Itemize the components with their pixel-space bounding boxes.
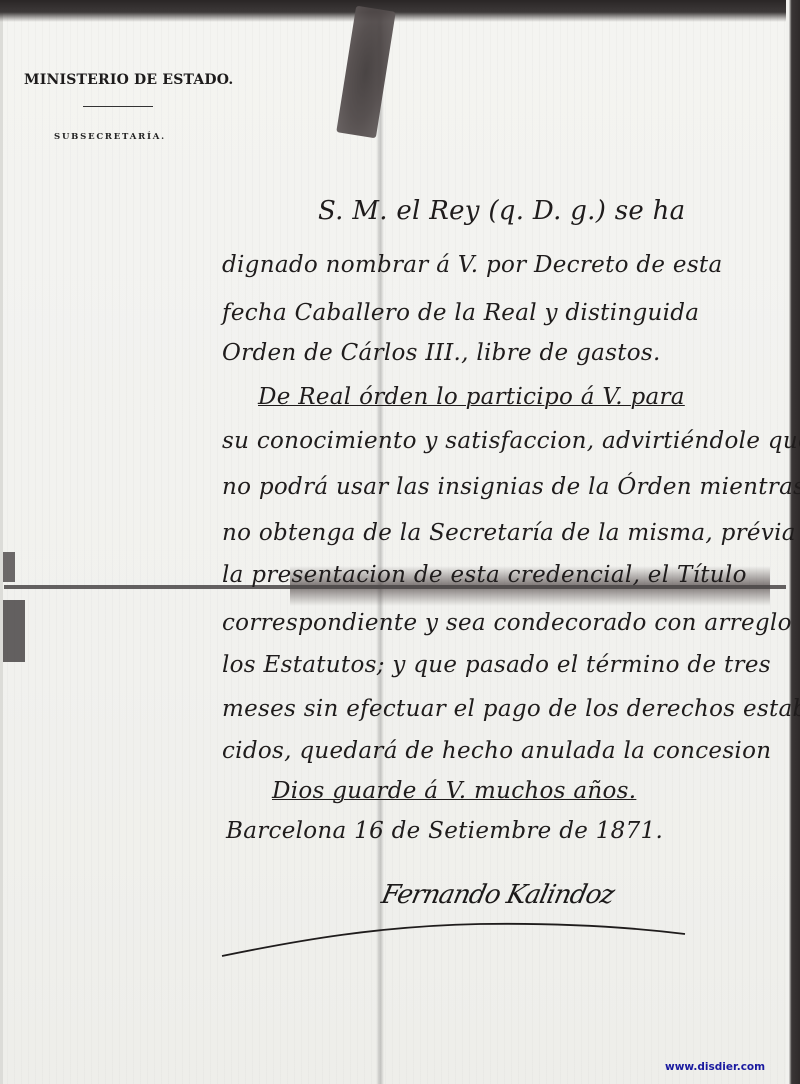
body-line-10: correspondiente y sea condecorado con ar… bbox=[222, 610, 800, 636]
closing-line: Dios guarde á V. muchos años. bbox=[272, 778, 636, 804]
body-line-3: fecha Caballero de la Real y distinguida bbox=[222, 300, 699, 326]
body-line-13: cidos, quedará de hecho anulada la conce… bbox=[222, 738, 771, 764]
letterhead-department: SUBSECRETARÍA. bbox=[54, 132, 166, 142]
page-left-edge bbox=[0, 0, 3, 1084]
letterhead-ministry: MINISTERIO DE ESTADO. bbox=[24, 72, 233, 88]
body-line-11: los Estatutos; y que pasado el término d… bbox=[222, 652, 771, 678]
date-line: Barcelona 16 de Setiembre de 1871. bbox=[226, 818, 663, 844]
signature-flourish bbox=[220, 918, 690, 968]
left-edge-stain-small bbox=[3, 552, 15, 582]
body-line-1: S. M. el Rey (q. D. g.) se ha bbox=[318, 196, 685, 226]
left-edge-stain bbox=[3, 600, 25, 662]
watermark-url: www.disdier.com bbox=[665, 1061, 765, 1073]
letterhead-divider bbox=[83, 106, 153, 107]
body-line-7: no podrá usar las insignias de la Órden … bbox=[222, 474, 800, 500]
body-line-5: De Real órden lo participo á V. para bbox=[258, 384, 685, 410]
body-line-6: su conocimiento y satisfaccion, advirtié… bbox=[222, 428, 800, 454]
body-line-2: dignado nombrar á V. por Decreto de esta bbox=[222, 252, 722, 278]
body-line-4: Orden de Cárlos III., libre de gastos. bbox=[222, 340, 661, 366]
body-line-8: no obtenga de la Secretaría de la misma,… bbox=[222, 520, 796, 546]
body-line-12: meses sin efectuar el pago de los derech… bbox=[222, 696, 800, 722]
body-line-9: la presentacion de esta credencial, el T… bbox=[222, 562, 747, 588]
signature: Fernando Kalindoz bbox=[379, 880, 617, 910]
